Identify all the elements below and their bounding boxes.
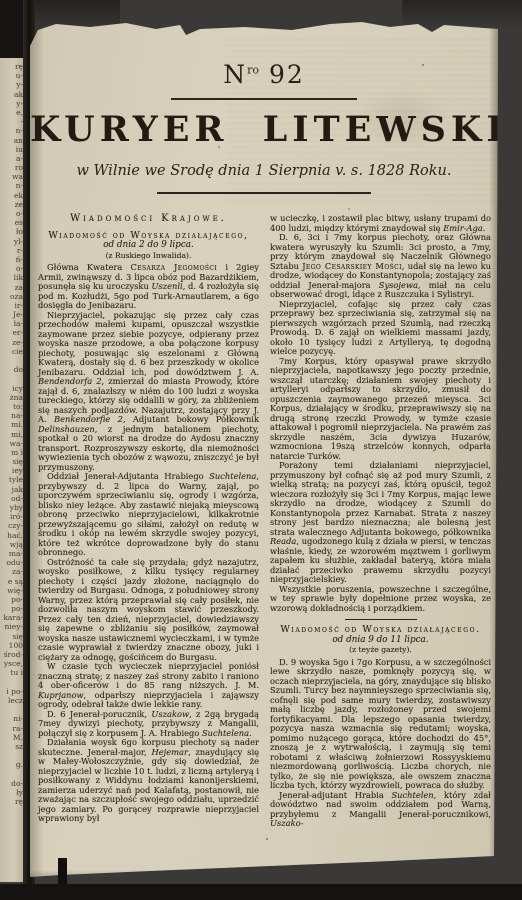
strip-fragment: za [1, 283, 23, 292]
paragraph: W czasie tych wycieczek nieprzyjaciel po… [38, 662, 259, 710]
mat-corner-shadow [402, 0, 522, 28]
strip-fragment: żna [1, 393, 23, 402]
strip-fragment: za- [1, 567, 23, 576]
paragraph: Porażony temi działaniami nieprzyjaciel,… [270, 461, 491, 585]
strip-fragment: yl- [1, 237, 23, 246]
paragraph: Ostróżność ta całe się przydała; gdyż na… [38, 558, 259, 663]
strip-fragment [1, 705, 23, 714]
strip-fragment: i po- [1, 687, 23, 696]
strip-fragment: od- [1, 494, 23, 503]
strip-fragment: o- [1, 264, 23, 273]
strip-fragment: czy- [1, 521, 23, 530]
strip-fragment: mi, [1, 430, 23, 439]
column-right: w ucieczkę, i zostawił plac bitwy, usłan… [270, 214, 491, 829]
strip-fragment [1, 751, 23, 760]
strip-fragment: wię- [1, 586, 23, 595]
article-heading: Wiadomość od Woyska działającego, [38, 231, 259, 241]
strip-fragment: a- [1, 154, 23, 163]
issue-value: 92 [269, 60, 305, 89]
strip-fragment: do- [1, 779, 23, 788]
article-columns: Wiadomości Krajowe. Wiadomość od Woyska … [38, 214, 492, 829]
article-source: (z teyże gazety). [270, 645, 491, 655]
strip-fragment: g. [1, 760, 23, 769]
header-rule [171, 98, 357, 100]
strip-fragment: rę [1, 797, 23, 806]
strip-fragment: ła- [1, 319, 23, 328]
strip-fragment: do [1, 365, 23, 374]
strip-fragment: odu- [1, 558, 23, 567]
strip-fragment: iey [1, 466, 23, 475]
strip-fragment: n- [1, 126, 23, 135]
paragraph: D. 6, 3ci i 7my korpus piechoty, oraz Gł… [270, 233, 491, 300]
masthead-block: Nro92 KURYER LITEWSKI w Wilnie we Srodę … [30, 0, 498, 194]
strip-fragment: to: [1, 402, 23, 411]
paragraph: Wszystkie poruszenia, powszechne i szcze… [270, 585, 491, 614]
strip-fragment: o- [1, 209, 23, 218]
strip-fragment: icy [1, 384, 23, 393]
strip-fragment: ra- [1, 724, 23, 733]
strip-text-fragments: ręu-y-aky-e,-n-aniua-rowan-ekzeo-esłoyl-… [1, 62, 23, 806]
strip-fragment: mi. [1, 420, 23, 429]
strip-fragment: się [1, 457, 23, 466]
strip-fragment: hać. [1, 531, 23, 540]
strip-fragment: iu [1, 145, 23, 154]
strip-fragment: 100 [1, 641, 23, 650]
strip-fragment: rę [1, 62, 23, 71]
strip-fragment: ir- [1, 301, 23, 310]
strip-fragment: tu i [1, 668, 23, 677]
strip-fragment: ysce, [1, 659, 23, 668]
strip-fragment [1, 356, 23, 365]
right-paragraphs-before: w ucieczkę, i zostawił plac bitwy, usłan… [270, 214, 491, 613]
strip-fragment: y- [1, 99, 23, 108]
article-heading: Wiadomość od Woyska działającego. [270, 625, 491, 635]
strip-fragment: Je- [1, 310, 23, 319]
strip-fragment: ro [1, 163, 23, 172]
strip-fragment: jak [1, 485, 23, 494]
strip-fragment: es [1, 218, 23, 227]
strip-fragment: środ- [1, 650, 23, 659]
right-paragraphs-after: D. 9 woyska 5go i 7go Korpusu, a w szcze… [270, 658, 491, 829]
strip-fragment: iró- [1, 512, 23, 521]
strip-fragment: lik [1, 273, 23, 282]
strip-fragment: m i [1, 448, 23, 457]
strip-fragment: r- [1, 246, 23, 255]
strip-fragment: wa- [1, 439, 23, 448]
section-heading: Wiadomości Krajowe. [38, 214, 259, 224]
strip-fragment: wa [1, 172, 23, 181]
paragraph: 7my Korpus, który opasywał prawe skrzydł… [270, 357, 491, 462]
strip-fragment: na- [1, 411, 23, 420]
strip-fragment: tyle [1, 475, 23, 484]
strip-fragment: ze- [1, 338, 23, 347]
strip-fragment: y- [1, 80, 23, 89]
scanned-newspaper-page: ręu-y-aky-e,-n-aniua-rowan-ekzeo-esłoyl-… [0, 0, 522, 900]
dateline: w Wilnie we Srodę dnia 1 Sierpnia v. s. … [30, 163, 498, 179]
article-subheading: od dnia 9 do 11 lipca. [270, 636, 491, 646]
issue-number: Nro92 [30, 60, 498, 89]
strip-fragment: yby [1, 503, 23, 512]
strip-fragment: ze [1, 200, 23, 209]
newspaper-sheet: Nro92 KURYER LITEWSKI w Wilnie we Srodę … [30, 0, 498, 880]
strip-fragment: ni- [1, 714, 23, 723]
strip-fragment: sz [1, 742, 23, 751]
issue-prefix: N [223, 60, 247, 89]
article-subheading: od dnia 2 do 9 lipca. [38, 241, 259, 251]
strip-fragment: po- [1, 604, 23, 613]
left-paragraphs: Główna Kwatera Cesarza Jegomości i 2giey… [38, 263, 259, 824]
paragraph: D. 6 Jenerał-porucznik, Uszakow, z 2gą b… [38, 710, 259, 739]
paragraph: Działania woysk 6go korpusu piechoty są … [38, 738, 259, 824]
paragraph: Jenerał-adjutant Hrabia Suchtelen, który… [270, 791, 491, 829]
strip-fragment [1, 769, 23, 778]
strip-fragment: - [1, 117, 23, 126]
strip-fragment: ek [1, 191, 23, 200]
strip-fragment: u- [1, 71, 23, 80]
section-divider-rule [345, 619, 417, 620]
paragraph: w ucieczkę, i zostawił plac bitwy, usłan… [270, 214, 491, 233]
strip-fragment: kara- [1, 613, 23, 622]
paragraph: D. 9 woyska 5go i 7go Korpusu, a w szcze… [270, 658, 491, 791]
masthead-title: KURYER LITEWSKI [30, 109, 498, 150]
strip-fragment [1, 678, 23, 687]
strip-fragment: n- [1, 181, 23, 190]
strip-fragment: się [1, 632, 23, 641]
bottom-edge-shadow [30, 870, 498, 880]
strip-fragment: cie [1, 347, 23, 356]
strip-fragment: ły [1, 788, 23, 797]
strip-fragment: ak [1, 90, 23, 99]
paragraph: Główna Kwatera Cesarza Jegomości i 2giey… [38, 263, 259, 311]
strip-fragment: er- [1, 328, 23, 337]
paragraph: Nieprzyjaciel, cofając się przez cały cz… [270, 300, 491, 357]
column-left: Wiadomości Krajowe. Wiadomość od Woyska … [38, 214, 259, 829]
strip-fragment: ma- [1, 549, 23, 558]
strip-fragment: ło [1, 227, 23, 236]
strip-fragment: wją [1, 540, 23, 549]
strip-fragment: lecz [1, 696, 23, 705]
header-rule [157, 192, 371, 194]
strip-fragment: M. [1, 733, 23, 742]
strip-fragment: oza [1, 292, 23, 301]
strip-fragment: e są [1, 577, 23, 586]
paragraph: Oddział Jenerał-Adjutanta Hrabiego Sucht… [38, 472, 259, 558]
strip-fragment: ń- [1, 255, 23, 264]
bottom-mat-band [0, 884, 522, 900]
paragraph: Nieprzyjaciel, pokazując się przez cały … [38, 311, 259, 473]
strip-fragment: niey- [1, 622, 23, 631]
article-source: (z Ruskiego Inwalida). [38, 251, 259, 261]
strip-fragment: po- [1, 595, 23, 604]
strip-fragment [1, 374, 23, 383]
strip-fragment: e, [1, 108, 23, 117]
issue-superscript: ro [247, 64, 259, 77]
strip-fragment: an [1, 136, 23, 145]
